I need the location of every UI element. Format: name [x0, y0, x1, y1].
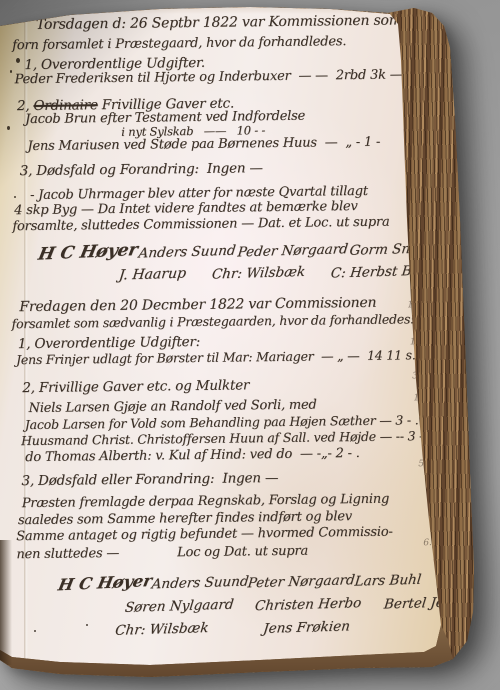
signature: Chr: Wilsbæk: [211, 264, 306, 283]
entry-december-line-closing: nen sluttedes —Loc og Dat. ut supra: [16, 544, 308, 563]
signature: Anders Suund: [138, 243, 237, 262]
december-signatures-row-1: H C Høyer Anders Suund Peter Nørgaard La…: [59, 569, 411, 592]
signature: H C Høyer: [36, 240, 139, 265]
signature: H C Høyer: [56, 571, 153, 594]
margin-mark: 5: [418, 459, 424, 469]
entry-december-line: 3, Dødsfald eller Forandring: Ingen —: [21, 470, 278, 489]
margin-mark: 1: [407, 300, 413, 310]
entry-september-line: forn forsamlet i Præstegaard, hvor da fo…: [12, 34, 346, 53]
closing-right: Loc og Dat. ut supra: [177, 544, 308, 561]
signature: Bertel Jepsen: [383, 594, 477, 613]
entry-september-line: Jens Mariusen ved Støde paa Børnenes Huu…: [27, 135, 380, 154]
margin-mark: 3: [412, 371, 418, 381]
signature: Christen Herbo: [254, 595, 362, 614]
signature: J. Haarup: [118, 266, 187, 284]
signature: Søren Nylgaard: [124, 597, 234, 616]
handwritten-text-layer: Torsdagen d: 26 Septbr 1822 var Kommissi…: [0, 0, 500, 690]
signature: Anders Suund: [150, 574, 249, 593]
entry-september-line: 3, Dødsfald og Forandring: Ingen —: [20, 160, 263, 179]
signature: Lars Buhl: [354, 572, 422, 590]
signature: Chr: Wilsbæk: [114, 620, 209, 639]
september-signatures-row-2: J. Haarup Chr: Wilsbæk C: Herbst B. Jeps…: [119, 263, 466, 283]
book-fore-edge: Torsdagen d: 26 Septbr 1822 var Kommissi…: [0, 0, 500, 690]
signature: C: Herbst B. Jepsen: [330, 262, 467, 282]
closing-left: nen sluttedes —: [16, 546, 119, 562]
margin-mark: 1: [410, 337, 416, 347]
signature: Gorm Snoft: [349, 240, 430, 258]
september-signatures-row-1: H C Høyer Anders Suund Peder Nørgaard Go…: [39, 238, 429, 263]
december-signatures-row-3: Chr: Wilsbæk Jens Frøkien: [115, 619, 350, 638]
manuscript-page: Torsdagen d: 26 Septbr 1822 var Kommissi…: [0, 0, 500, 690]
signature: Peter Nørgaard: [247, 572, 356, 591]
margin-mark: 1: [413, 393, 419, 403]
entry-december-line: do Thomas Alberth: v. Kul af Hind: ved d…: [25, 446, 360, 465]
entry-december-line: 2, Frivillige Gaver etc. og Mulkter: [22, 377, 249, 396]
gutter-shadow: [0, 540, 12, 665]
margin-mark: 6.: [423, 538, 432, 548]
december-signatures-row-2: Søren Nylgaard Christen Herbo Bertel Jep…: [125, 595, 476, 615]
entry-september-line: forsamlte, sluttedes Commissionen — Dat.…: [12, 215, 389, 235]
entry-december-line: Samme antaget og rigtig befundet — hvorm…: [16, 525, 393, 545]
entry-december-line: Præsten fremlagde derpaa Regnskab, Forsl…: [22, 492, 390, 511]
signature: Peder Nørgaard: [237, 241, 349, 260]
signature: Jens Frøkien: [262, 618, 350, 637]
entry-september-line: Torsdagen d: 26 Septbr 1822 var Kommissi…: [36, 12, 425, 33]
photographed-ledger-book: Torsdagen d: 26 Septbr 1822 var Kommissi…: [0, 0, 500, 690]
